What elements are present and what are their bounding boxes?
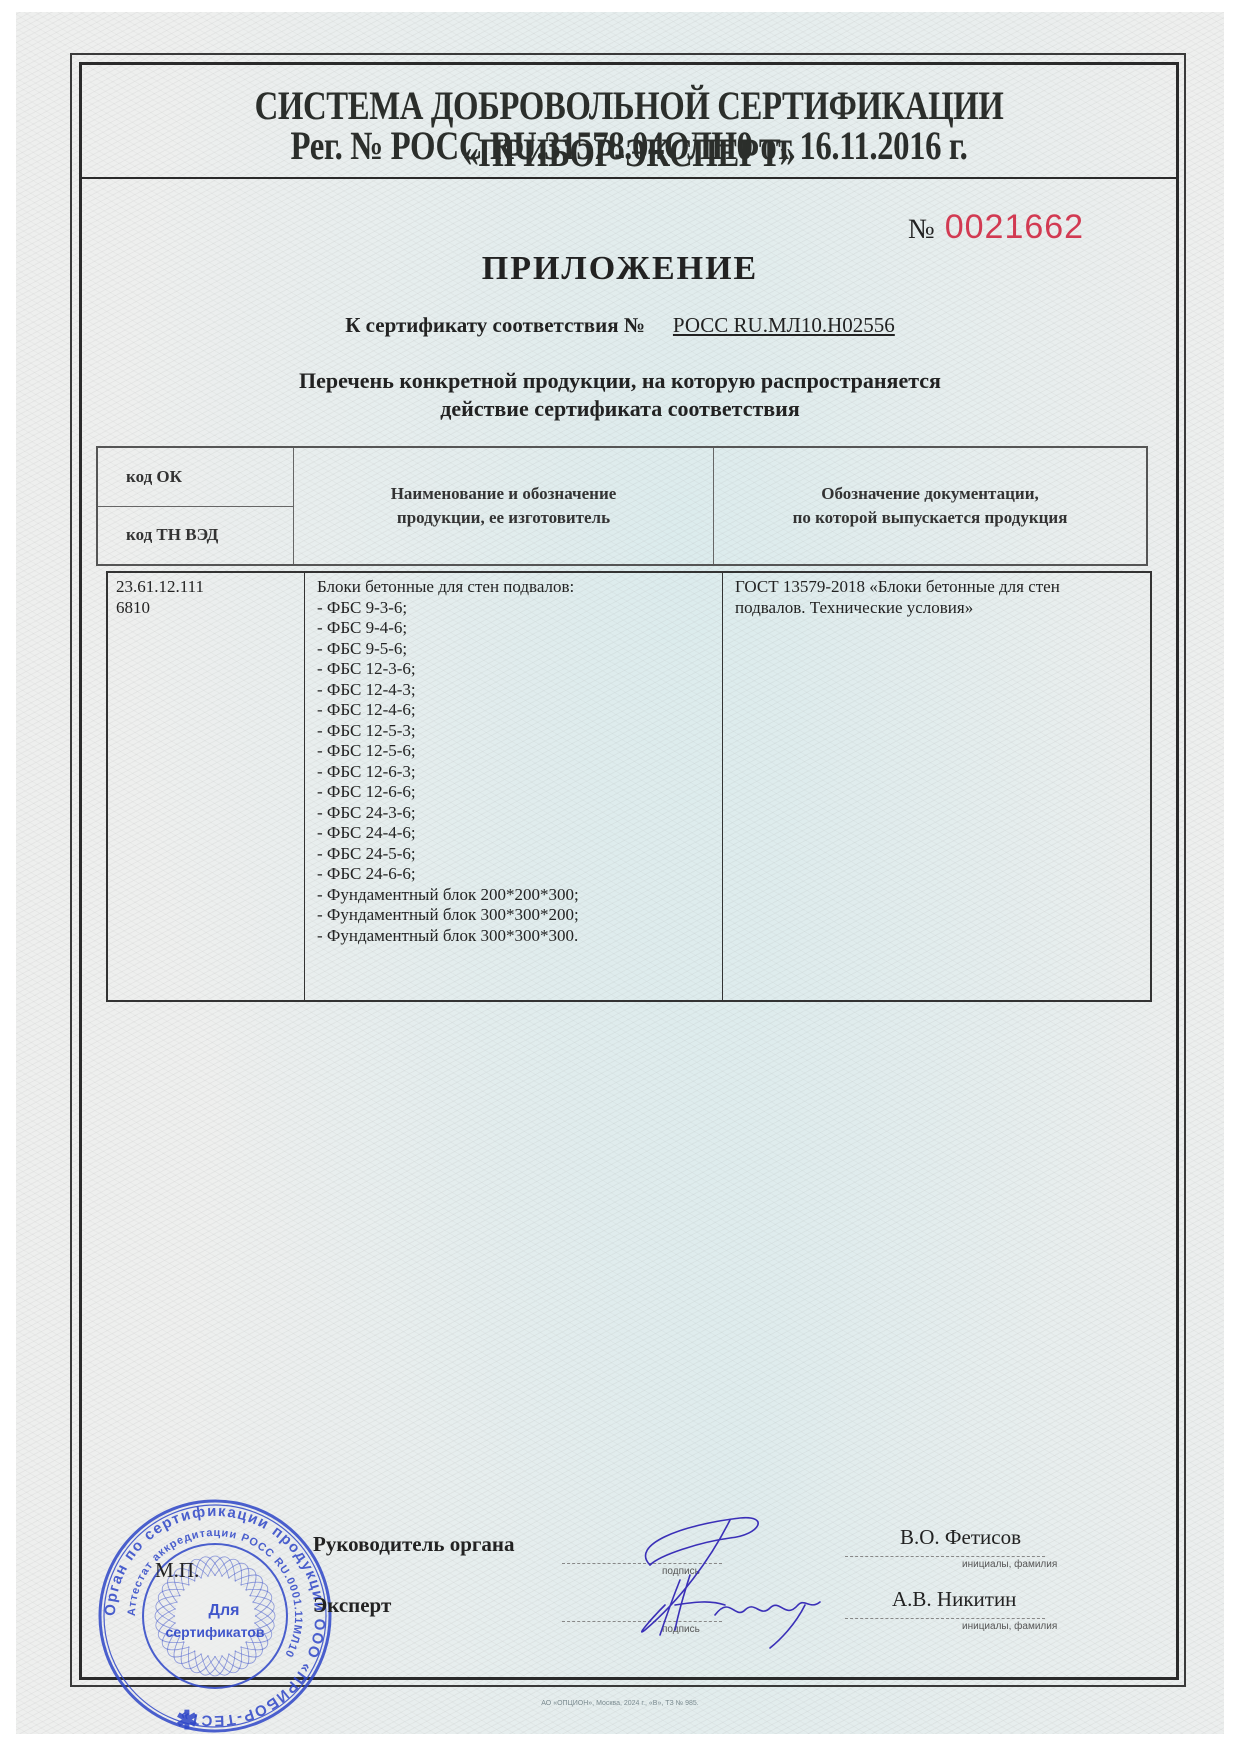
product-item: - ФБС 12-3-6; [317, 659, 714, 680]
printer-imprint: АО «ОПЦИОН», Москва, 2024 г., «В», ТЗ № … [0, 1700, 1240, 1707]
svg-text:сертификатов: сертификатов [166, 1624, 265, 1640]
head-name: В.О. Фетисов [900, 1525, 1021, 1550]
code-tnved-value: 6810 [116, 598, 296, 619]
table-header: код ОК код ТН ВЭД Наименование и обознач… [96, 446, 1148, 566]
cell-codes: 23.61.12.111 6810 [108, 573, 305, 1000]
header-doc-line1: Обозначение документации, [793, 482, 1068, 506]
certificate-reference-label: К сертификату соответствия № [345, 313, 645, 337]
registration-number: Рег. № РОСС RU.31578.04ОЛН0 от 16.11.201… [178, 122, 1080, 169]
code-ok-value: 23.61.12.111 [116, 577, 296, 598]
product-item: - ФБС 12-4-3; [317, 680, 714, 701]
svg-text:✱: ✱ [176, 1705, 198, 1735]
product-list-heading: Перечень конкретной продукции, на котору… [0, 367, 1240, 423]
product-item: - ФБС 9-4-6; [317, 618, 714, 639]
product-item: - ФБС 12-5-3; [317, 721, 714, 742]
product-list-heading-line2: действие сертификата соответствия [0, 395, 1240, 423]
header-product-name: Наименование и обозначениепродукции, ее … [294, 448, 714, 564]
product-item: - ФБС 24-3-6; [317, 803, 714, 824]
product-item: - ФБС 12-6-6; [317, 782, 714, 803]
table-row: 23.61.12.111 6810 Блоки бетонные для сте… [106, 571, 1152, 1002]
serial-number: №0021662 [908, 208, 1084, 247]
header-code-tnved: код ТН ВЭД [98, 507, 293, 565]
table-header-codes: код ОК код ТН ВЭД [98, 448, 294, 564]
cell-documentation: ГОСТ 13579-2018 «Блоки бетонные для стен… [723, 573, 1150, 1000]
header-product-line1: Наименование и обозначение [391, 482, 617, 506]
serial-number-value: 0021662 [945, 208, 1084, 246]
product-list-heading-line1: Перечень конкретной продукции, на котору… [0, 367, 1240, 395]
number-sign: № [908, 214, 935, 245]
svg-text:Для: Для [209, 1602, 240, 1619]
appendix-title: ПРИЛОЖЕНИЕ [0, 250, 1240, 288]
product-item: - ФБС 9-5-6; [317, 639, 714, 660]
stamp-place-label: М.П. [155, 1558, 199, 1583]
product-item: - ФБС 12-6-3; [317, 762, 714, 783]
product-list: - ФБС 9-3-6;- ФБС 9-4-6;- ФБС 9-5-6;- ФБ… [317, 598, 714, 947]
expert-name: А.В. Никитин [892, 1587, 1016, 1612]
cell-products: Блоки бетонные для стен подвалов: - ФБС … [305, 573, 723, 1000]
product-item: - ФБС 24-5-6; [317, 844, 714, 865]
doc-line2: подвалов. Технические условия» [735, 598, 1142, 619]
expert-label: Эксперт [313, 1593, 391, 1618]
head-name-line [845, 1556, 1045, 1557]
expert-name-caption: инициалы, фамилия [962, 1621, 1057, 1632]
product-group-title: Блоки бетонные для стен подвалов: [317, 577, 714, 598]
doc-line1: ГОСТ 13579-2018 «Блоки бетонные для стен [735, 577, 1142, 598]
expert-name-line [845, 1618, 1045, 1619]
product-item: - ФБС 24-4-6; [317, 823, 714, 844]
product-item: - ФБС 12-4-6; [317, 700, 714, 721]
product-item: - Фундаментный блок 300*300*200; [317, 905, 714, 926]
header-product-line2: продукции, ее изготовитель [391, 506, 617, 530]
header-divider [79, 177, 1179, 179]
header-code-ok: код ОК [98, 448, 293, 507]
product-item: - Фундаментный блок 300*300*300. [317, 926, 714, 947]
certificate-reference-number: РОСС RU.МЛ10.Н02556 [645, 313, 895, 337]
head-name-caption: инициалы, фамилия [962, 1559, 1057, 1570]
handwritten-signature-icon [620, 1510, 830, 1650]
header-documentation: Обозначение документации,по которой выпу… [714, 448, 1146, 564]
header-doc-line2: по которой выпускается продукция [793, 506, 1068, 530]
certificate-reference: К сертификату соответствия №РОСС RU.МЛ10… [0, 313, 1240, 338]
product-item: - ФБС 9-3-6; [317, 598, 714, 619]
product-item: - ФБС 24-6-6; [317, 864, 714, 885]
head-of-body-label: Руководитель органа [313, 1532, 515, 1557]
product-item: - ФБС 12-5-6; [317, 741, 714, 762]
product-item: - Фундаментный блок 200*200*300; [317, 885, 714, 906]
